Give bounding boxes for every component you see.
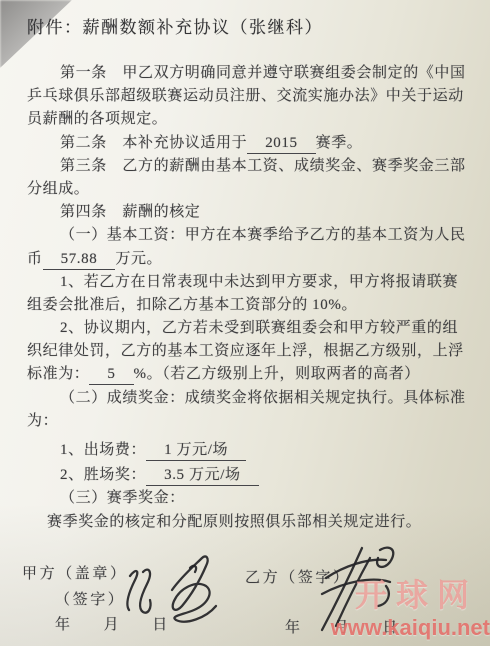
party-a-handwritten-signature [112, 546, 222, 630]
watermark-site-name: 开球网 [355, 570, 478, 616]
photographed-contract-page: 附件：薪酬数额补充协议（张继科） 第一条 甲乙双方明确同意并遵守联赛组委会制定的… [0, 0, 490, 646]
signature-area: 甲方（盖章） （签字） 年月日 乙方（签字） 年月日 [0, 0, 490, 646]
watermark-site-url: www.kaiqiu.net [331, 615, 490, 641]
party-a-year-label: 年 [55, 613, 73, 634]
